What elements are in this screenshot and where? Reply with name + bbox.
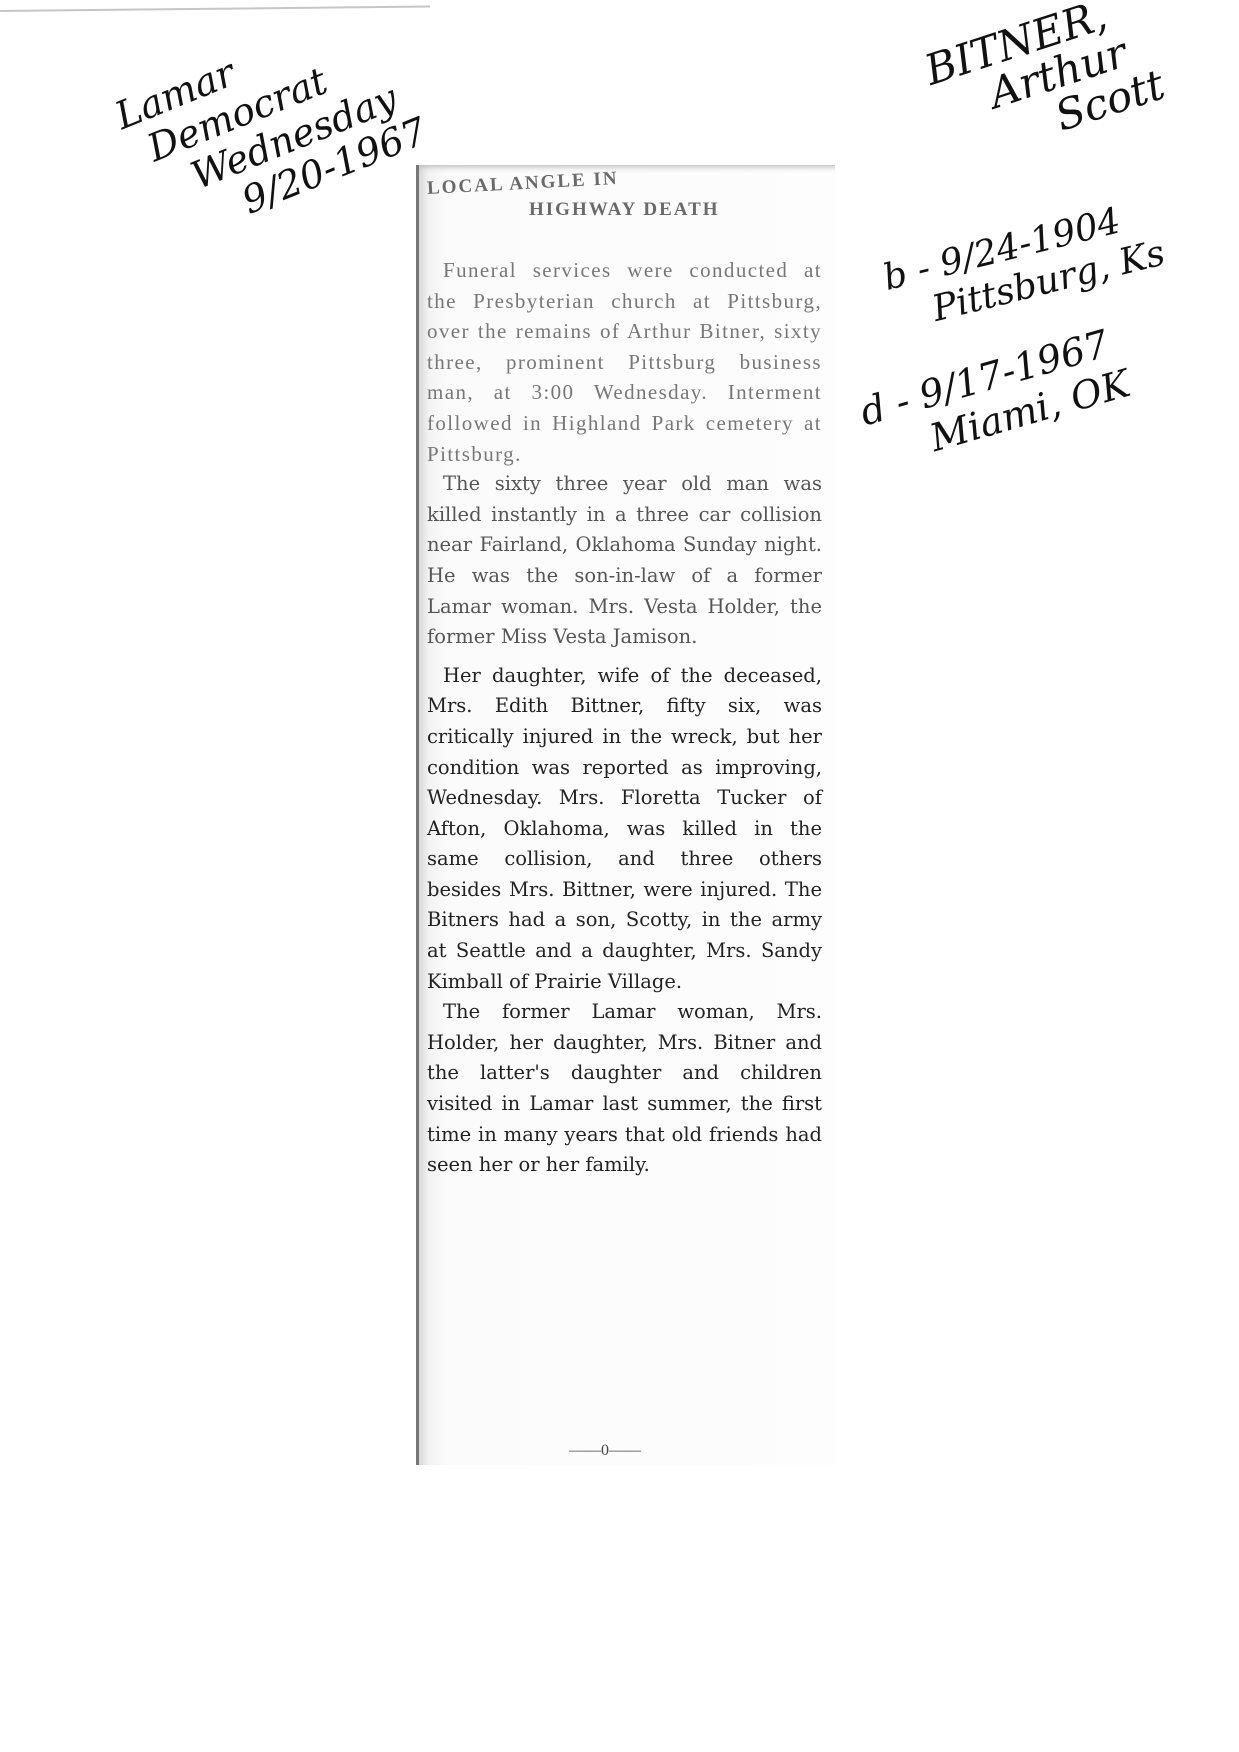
- article-body: Funeral services were conducted at the P…: [427, 255, 822, 1181]
- paragraph-collision: The sixty three year old man was killed …: [427, 469, 822, 653]
- headline-line-2: HIGHWAY DEATH: [529, 199, 720, 221]
- handwritten-name-note: BITNER, Arthur Scott: [920, 0, 1169, 172]
- headline-line-1: LOCAL ANGLE IN: [427, 168, 620, 200]
- end-rule: ——0——: [569, 1442, 641, 1460]
- handwritten-birth-note: b - 9/24-1904 Pittsburg, Ks: [880, 195, 1169, 338]
- handwritten-death-note: d - 9/17-1967 Miami, OK: [856, 322, 1134, 474]
- newspaper-clipping: LOCAL ANGLE IN HIGHWAY DEATH Funeral ser…: [416, 165, 835, 1465]
- paragraph-injured: Her daughter, wife of the deceased, Mrs.…: [427, 661, 822, 998]
- paragraph-visit: The former Lamar woman, Mrs. Holder, her…: [427, 997, 822, 1181]
- paragraph-funeral: Funeral services were conducted at the P…: [427, 255, 822, 469]
- handwritten-source-note: Lamar Democrat Wednesday 9/20-1967: [110, 0, 433, 256]
